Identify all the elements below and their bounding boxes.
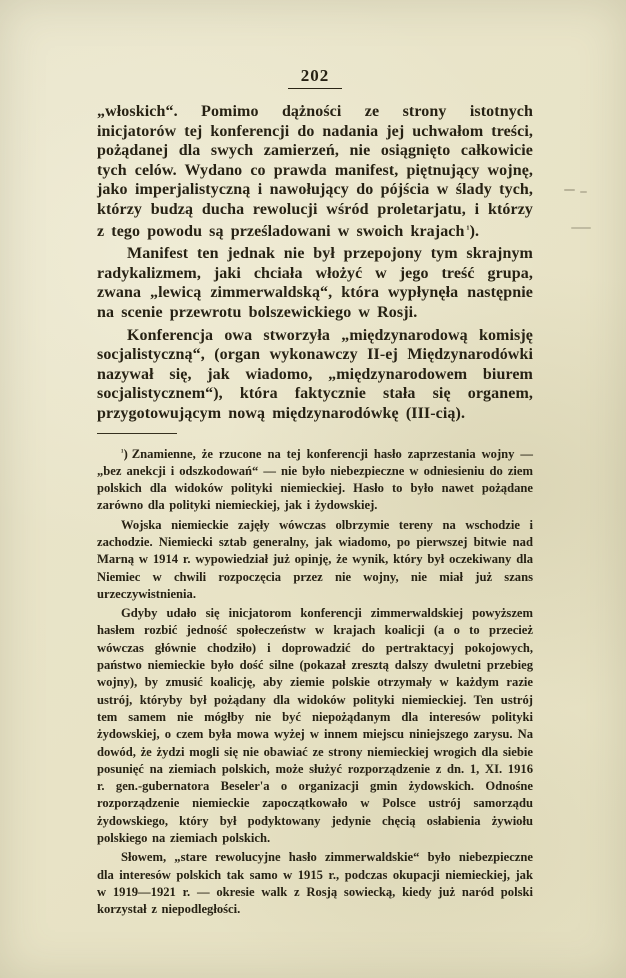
- paragraph: Konferencja owa stworzyła „międzynarodow…: [97, 326, 533, 424]
- scanned-book-page: 202 „włoskich“. Pomimo dążności ze stron…: [0, 0, 626, 978]
- footnote-reference-tail: ).: [470, 223, 480, 240]
- footnote-paragraph: Słowem, „stare rewolucyjne hasło zimmerw…: [97, 849, 533, 918]
- paragraph: Manifest ten jednak nie był przepojony t…: [97, 244, 533, 322]
- footnote-separator: [97, 433, 177, 434]
- footnote: ¹)Znamienne, że rzucone na tej konferenc…: [97, 444, 533, 919]
- paper-speck: [571, 227, 591, 229]
- main-text: „włoskich“. Pomimo dążności ze strony is…: [97, 102, 533, 424]
- footnote-text: Znamienne, że rzucone na tej konferencji…: [97, 447, 533, 513]
- footnote-paragraph: Wojska niemieckie zajęły wówczas olbrzym…: [97, 517, 533, 603]
- paragraph: „włoskich“. Pomimo dążności ze strony is…: [97, 102, 533, 241]
- page-header: 202: [97, 66, 533, 89]
- footnote-paragraph: Gdyby udało się inicjatorom konferencji …: [97, 605, 533, 847]
- text-block: 202 „włoskich“. Pomimo dążności ze stron…: [97, 66, 533, 921]
- paragraph-text: „włoskich“. Pomimo dążności ze strony is…: [97, 103, 533, 240]
- page-number: 202: [288, 66, 343, 89]
- paper-speck: [564, 189, 575, 191]
- paper-speck: [580, 191, 587, 193]
- footnote-paragraph: ¹)Znamienne, że rzucone na tej konferenc…: [97, 444, 533, 515]
- footnote-marker-tail: ): [124, 447, 128, 461]
